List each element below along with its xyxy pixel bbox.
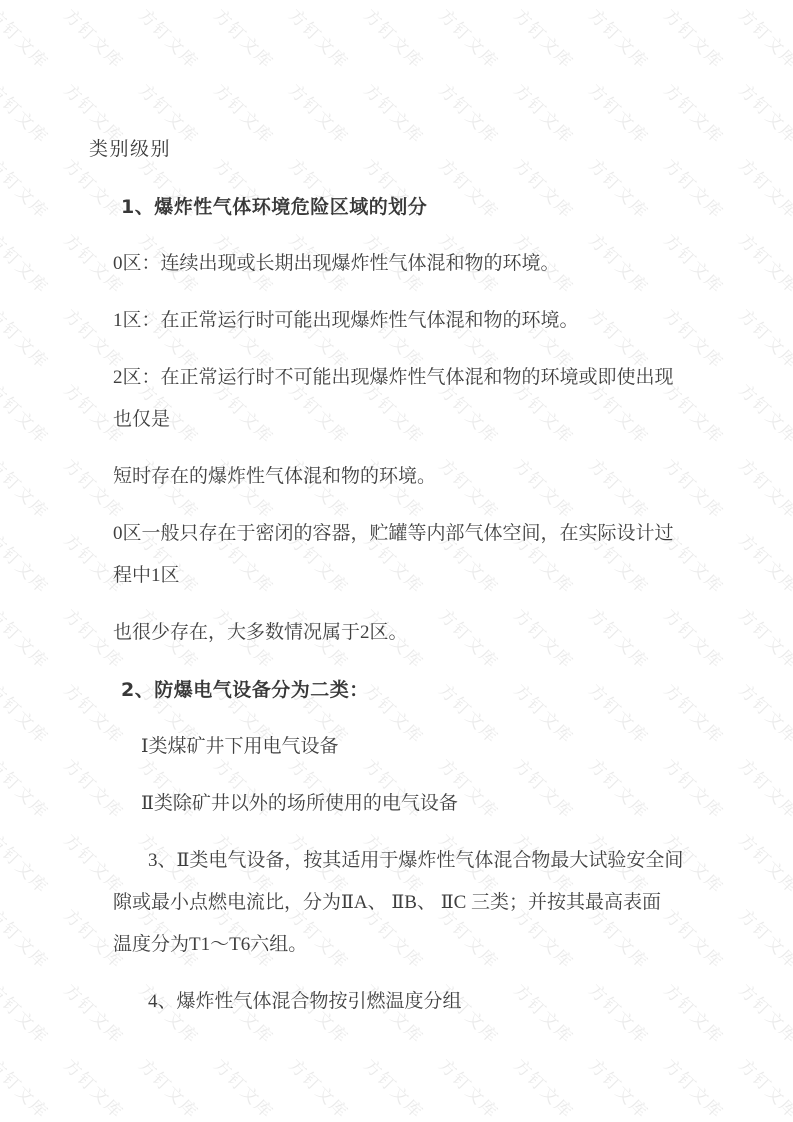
heading-2: 2、防爆电气设备分为二类：	[121, 669, 793, 711]
text-line: 温度分为T1～T6六组。	[113, 924, 793, 966]
heading-1: 1、爆炸性气体环境危险区域的划分	[121, 186, 793, 228]
text-line: 3、Ⅱ类电气设备，按其适用于爆炸性气体混合物最大试验安全间	[113, 840, 793, 882]
text-line: 1、爆炸性气体环境危险区域的划分	[121, 186, 793, 228]
text-line: 类别级别	[89, 129, 793, 171]
text-line: 也仅是	[113, 399, 793, 441]
text-line: 也很少存在，大多数情况属于2区。	[113, 612, 793, 654]
text-line: 程中1区	[113, 555, 793, 597]
watermark-text: 方钉文库	[359, 1052, 430, 1122]
document-content: 类别级别1、爆炸性气体环境危险区域的划分0区：连续出现或长期出现爆炸性气体混和物…	[0, 0, 793, 1038]
para-4: 4、爆炸性气体混合物按引燃温度分组	[113, 981, 793, 1023]
text-line: 0区：连续出现或长期出现爆炸性气体混和物的环境。	[113, 243, 793, 285]
watermark-text: 方钉文库	[734, 1052, 793, 1122]
watermark-text: 方钉文库	[284, 1052, 355, 1122]
text-line: 0区一般只存在于密闭的容器，贮罐等内部气体空间，在实际设计过	[113, 513, 793, 555]
text-line: 2区：在正常运行时不可能出现爆炸性气体混和物的环境或即使出现	[113, 357, 793, 399]
watermark-text: 方钉文库	[59, 1052, 130, 1122]
para-zone2-cont: 短时存在的爆炸性气体混和物的环境。	[113, 456, 793, 498]
watermark-text: 方钉文库	[0, 1052, 56, 1122]
text-line: 1区：在正常运行时可能出现爆炸性气体混和物的环境。	[113, 300, 793, 342]
para-zone1: 1区：在正常运行时可能出现爆炸性气体混和物的环境。	[113, 300, 793, 342]
watermark-text: 方钉文库	[209, 1052, 280, 1122]
doc-title: 类别级别	[89, 129, 793, 171]
para-zone0: 0区：连续出现或长期出现爆炸性气体混和物的环境。	[113, 243, 793, 285]
watermark-text: 方钉文库	[659, 1052, 730, 1122]
watermark-text: 方钉文库	[509, 1052, 580, 1122]
text-line: Ⅰ类煤矿井下用电气设备	[141, 726, 793, 768]
text-line: 4、爆炸性气体混合物按引燃温度分组	[113, 981, 793, 1023]
text-line: 短时存在的爆炸性气体混和物的环境。	[113, 456, 793, 498]
para-3: 3、Ⅱ类电气设备，按其适用于爆炸性气体混合物最大试验安全间隙或最小点燃电流比，分…	[113, 840, 793, 966]
para-zone0-note: 0区一般只存在于密闭的容器，贮罐等内部气体空间，在实际设计过程中1区	[113, 513, 793, 597]
text-line: 2、防爆电气设备分为二类：	[121, 669, 793, 711]
para-zone0-note-cont: 也很少存在，大多数情况属于2区。	[113, 612, 793, 654]
para-class2: Ⅱ类除矿井以外的场所使用的电气设备	[141, 783, 793, 825]
text-line: Ⅱ类除矿井以外的场所使用的电气设备	[141, 783, 793, 825]
para-class1: Ⅰ类煤矿井下用电气设备	[141, 726, 793, 768]
text-line: 隙或最小点燃电流比，分为ⅡA、 ⅡB、 ⅡC 三类；并按其最高表面	[113, 882, 793, 924]
watermark-text: 方钉文库	[584, 1052, 655, 1122]
document-page: 方钉文库方钉文库方钉文库方钉文库方钉文库方钉文库方钉文库方钉文库方钉文库方钉文库…	[0, 0, 793, 1122]
watermark-text: 方钉文库	[134, 1052, 205, 1122]
watermark-text: 方钉文库	[434, 1052, 505, 1122]
para-zone2: 2区：在正常运行时不可能出现爆炸性气体混和物的环境或即使出现也仅是	[113, 357, 793, 441]
